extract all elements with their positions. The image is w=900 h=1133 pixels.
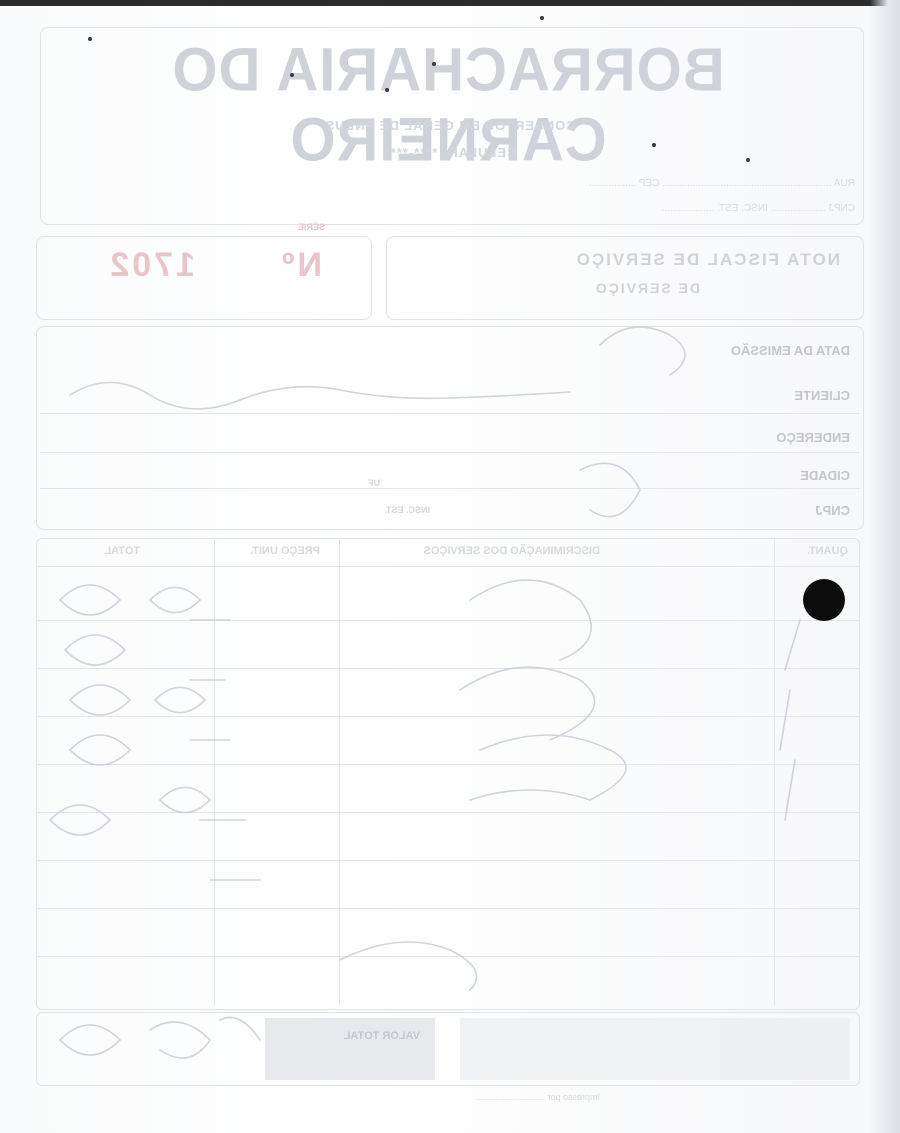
speck bbox=[290, 73, 294, 77]
speck bbox=[432, 62, 436, 66]
speck bbox=[385, 88, 389, 92]
speck bbox=[652, 143, 656, 147]
speck bbox=[746, 158, 750, 162]
speck bbox=[540, 16, 544, 20]
handwriting-bleed-through bbox=[0, 0, 900, 1133]
scan-right-shadow bbox=[870, 0, 900, 1133]
speck bbox=[88, 37, 92, 41]
punch-hole bbox=[803, 579, 845, 621]
